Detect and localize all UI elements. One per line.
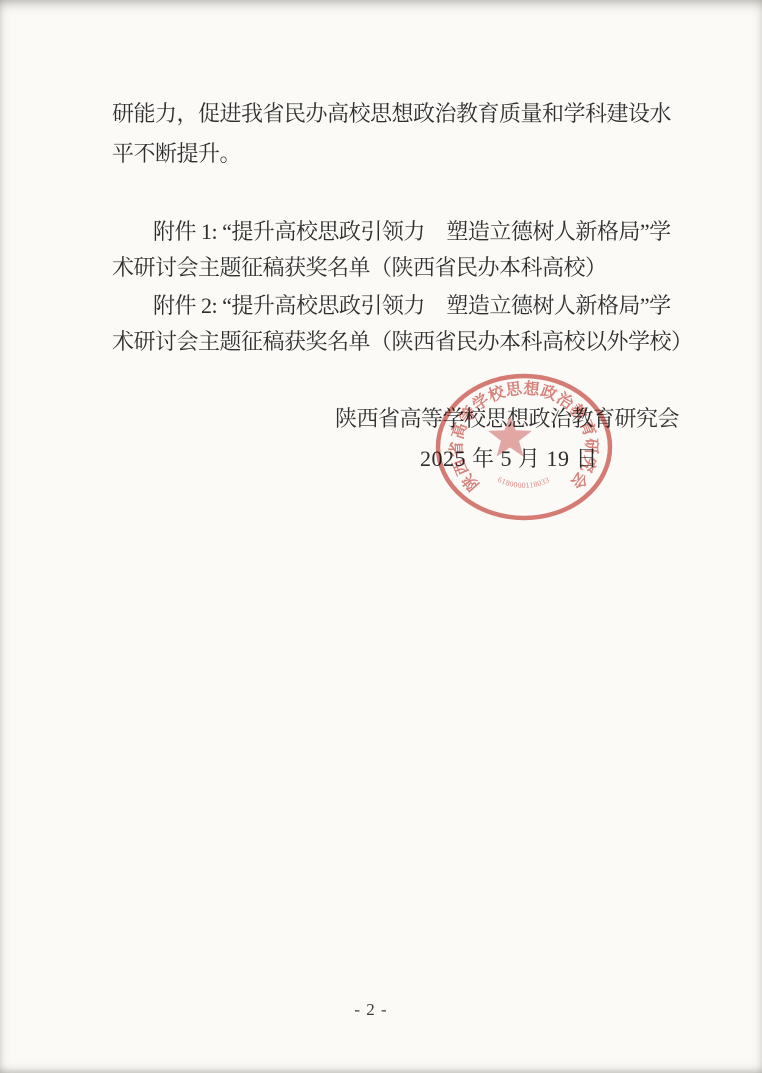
seal-serial-number: 6180000118033 [496,475,552,490]
star-icon [488,415,532,457]
attachment-1-line-2: 术研讨会主题征稿获奖名单（陕西省民办本科高校） [112,254,607,282]
official-seal-stamp: 陕西省高等学校思想政治教育研究会 6180000118033 [433,371,615,523]
attachment-2-line-2: 术研讨会主题征稿获奖名单（陕西省民办本科高校以外学校） [112,328,693,356]
attachment-2-line-1: 附件 2: “提升高校思政引领力 塑造立德树人新格局”学 [153,292,671,320]
attachment-1-line-1: 附件 1: “提升高校思政引领力 塑造立德树人新格局”学 [153,218,671,246]
scanned-document-page: 研能力，促进我省民办高校思想政治教育质量和学科建设水 平不断提升。 附件 1: … [0,0,762,1073]
body-text-line-1: 研能力，促进我省民办高校思想政治教育质量和学科建设水 [112,100,671,128]
body-text-line-2: 平不断提升。 [112,140,241,168]
page-number: - 2 - [0,996,742,1024]
